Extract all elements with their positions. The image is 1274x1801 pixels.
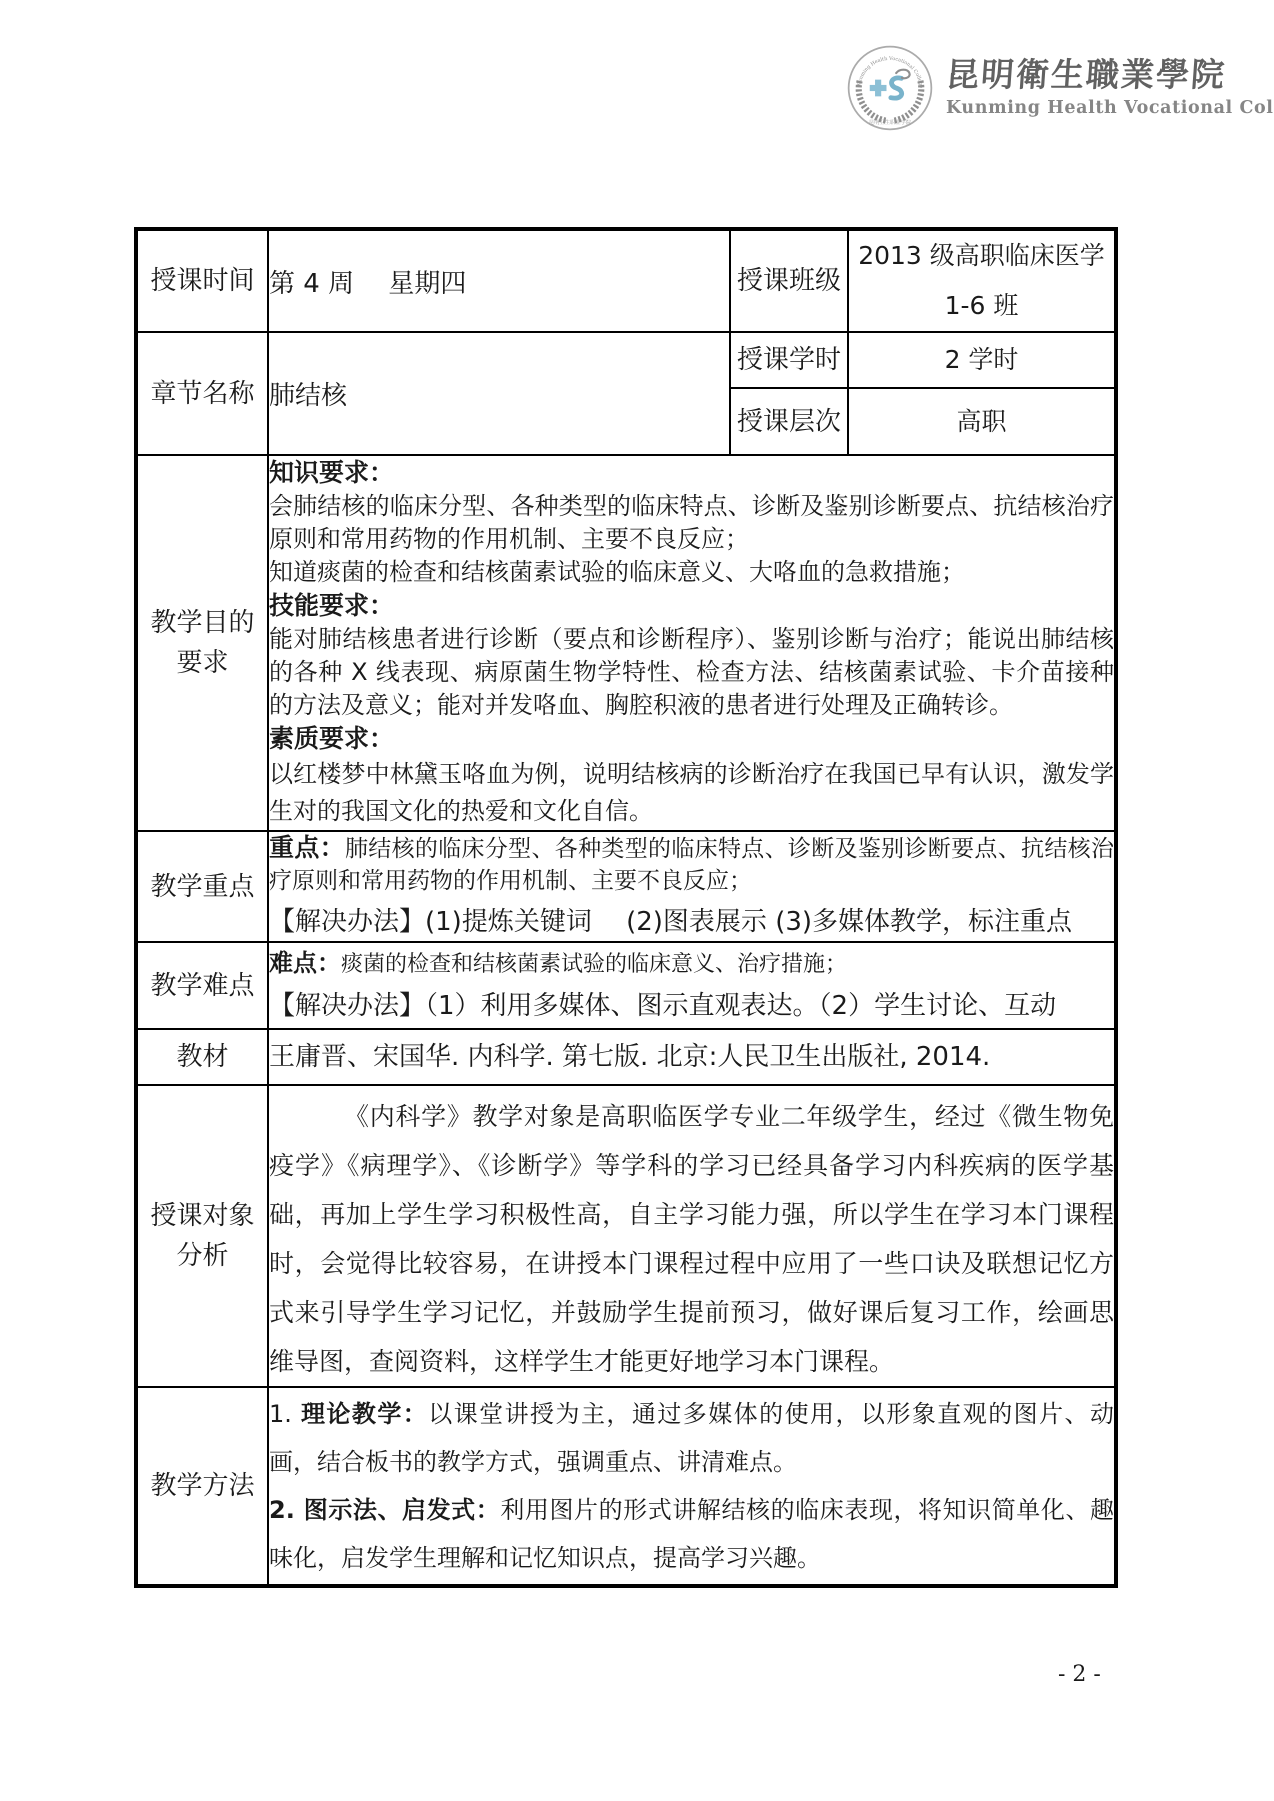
teaching-class-label: 授课班级 [730,229,848,332]
document-page: Kunming Health Vocational College 昆明卫生职业… [0,0,1274,1801]
teaching-hours-label: 授课学时 [730,332,848,388]
teaching-hours-value: 2 学时 [848,332,1116,388]
method-1-number: 1. [269,1400,301,1428]
svg-text:昆明卫生职业学院: 昆明卫生职业学院 [869,118,912,126]
audience-analysis-label: 授课对象 分析 [136,1085,268,1387]
knowledge-requirement-heading: 知识要求： [269,456,1114,490]
table-row: 教学重点 重点：肺结核的临床分型、各种类型的临床特点、诊断及鉴别诊断要点、抗结核… [136,831,1116,942]
teaching-level-value: 高职 [848,388,1116,455]
skill-requirement-text: 能对肺结核患者进行诊断（要点和诊断程序）、鉴别诊断与治疗；能说出肺结核的各种 X… [269,623,1114,722]
difficulties-text: 痰菌的检查和结核菌素试验的临床意义、治疗措施； [341,952,847,977]
key-points-content: 重点：肺结核的临床分型、各种类型的临床特点、诊断及鉴别诊断要点、抗结核治疗原则和… [268,831,1116,942]
skill-requirement-heading: 技能要求： [269,589,1114,623]
table-row: 教学难点 难点：痰菌的检查和结核菌素试验的临床意义、治疗措施； 【解决办法】（1… [136,942,1116,1029]
teaching-time-value: 第 4 周 星期四 [268,229,730,332]
teaching-methods-content: 1. 理论教学：以课堂讲授为主，通过多媒体的使用，以形象直观的图片、动画，结合板… [268,1387,1116,1586]
audience-analysis-content: 《内科学》教学对象是高职临医学专业二年级学生，经过《微生物免疫学》《病理学》、《… [268,1085,1116,1387]
table-row: 授课时间 第 4 周 星期四 授课班级 2013 级高职临床医学 1-6 班 [136,229,1116,332]
table-row: 授课对象 分析 《内科学》教学对象是高职临医学专业二年级学生，经过《微生物免疫学… [136,1085,1116,1387]
teaching-time-label: 授课时间 [136,229,268,332]
method-1-lead: 理论教学： [301,1400,428,1428]
lesson-plan-table: 授课时间 第 4 周 星期四 授课班级 2013 级高职临床医学 1-6 班 章… [134,227,1118,1588]
objectives-content: 知识要求： 会肺结核的临床分型、各种类型的临床特点、诊断及鉴别诊断要点、抗结核治… [268,455,1116,831]
teaching-methods-label: 教学方法 [136,1387,268,1586]
table-row: 教材 王庸晋、宋国华. 内科学. 第七版. 北京:人民卫生出版社, 2014. [136,1029,1116,1085]
table-row: 教学方法 1. 理论教学：以课堂讲授为主，通过多媒体的使用，以形象直观的图片、动… [136,1387,1116,1586]
page-number: - 2 - [1058,1662,1101,1687]
chapter-name-label: 章节名称 [136,332,268,455]
teaching-level-label: 授课层次 [730,388,848,455]
method-2-number: 2. [269,1496,304,1524]
chapter-name-value: 肺结核 [268,332,730,455]
textbook-value: 王庸晋、宋国华. 内科学. 第七版. 北京:人民卫生出版社, 2014. [268,1029,1116,1085]
method-2-lead: 图示法、启发式： [304,1496,501,1524]
difficulties-solution: 【解决办法】（1）利用多媒体、图示直观表达。（2）学生讨论、互动 [269,987,1114,1025]
table-row: 章节名称 肺结核 授课学时 2 学时 [136,332,1116,388]
difficulties-lead: 难点： [269,949,341,977]
audience-analysis-text: 《内科学》教学对象是高职临医学专业二年级学生，经过《微生物免疫学》《病理学》、《… [269,1086,1114,1386]
college-name-english: Kunming Health Vocational College [946,95,1274,121]
difficulties-label: 教学难点 [136,942,268,1029]
difficulties-content: 难点：痰菌的检查和结核菌素试验的临床意义、治疗措施； 【解决办法】（1）利用多媒… [268,942,1116,1029]
teaching-class-value: 2013 级高职临床医学 1-6 班 [848,229,1116,332]
key-points-solution: 【解决办法】(1)提炼关键词 (2)图表展示 (3)多媒体教学，标注重点 [269,903,1114,941]
textbook-label: 教材 [136,1029,268,1085]
knowledge-requirement-text-2: 知道痰菌的检查和结核菌素试验的临床意义、大咯血的急救措施； [269,556,1114,589]
quality-requirement-text: 以红楼梦中林黛玉咯血为例，说明结核病的诊断治疗在我国已早有认识，激发学生对的我国… [269,756,1114,830]
college-name-chinese: 昆明衛生職業學院 [945,55,1228,95]
quality-requirement-heading: 素质要求： [269,722,1114,756]
key-points-lead: 重点： [269,833,345,862]
table-row: 教学目的 要求 知识要求： 会肺结核的临床分型、各种类型的临床特点、诊断及鉴别诊… [136,455,1116,831]
knowledge-requirement-text-1: 会肺结核的临床分型、各种类型的临床特点、诊断及鉴别诊断要点、抗结核治疗原则和常用… [269,490,1114,556]
college-seal-icon: Kunming Health Vocational College 昆明卫生职业… [846,44,934,132]
key-points-label: 教学重点 [136,831,268,942]
objectives-label: 教学目的 要求 [136,455,268,831]
key-points-text: 肺结核的临床分型、各种类型的临床特点、诊断及鉴别诊断要点、抗结核治疗原则和常用药… [269,836,1114,894]
college-logo: Kunming Health Vocational College 昆明卫生职业… [846,44,1274,132]
